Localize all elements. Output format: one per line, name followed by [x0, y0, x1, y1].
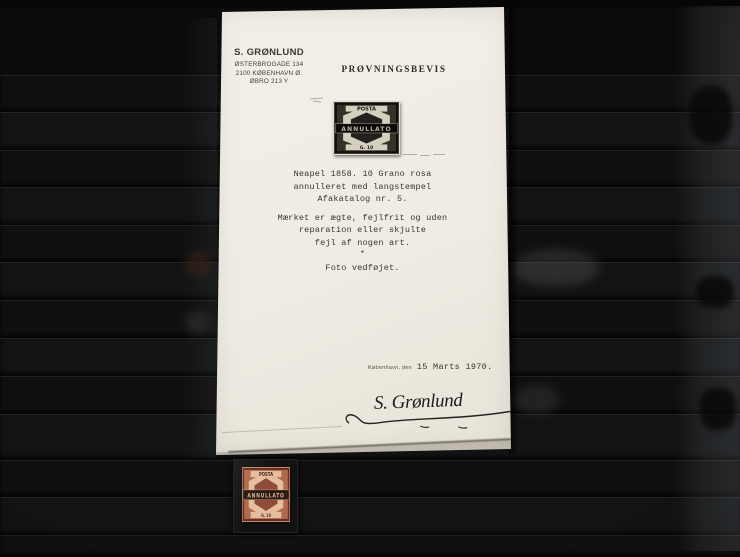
photo-top-edge: [0, 0, 740, 8]
dateline: København, den 15 Marts 1970.: [368, 362, 492, 372]
gray-patch: [185, 311, 211, 333]
dark-smudge: [696, 276, 734, 308]
right-edge-sheen: [676, 6, 740, 551]
address-line: ØSTERBROGADE 134: [224, 61, 314, 70]
certificate-body: Neapel 1858. 10 Grano rosa annulleret me…: [210, 168, 515, 275]
cancel-text: ANNULLATO: [341, 126, 391, 133]
expert-name: S. GRØNLUND: [224, 47, 314, 58]
stamp-mount: POSTA G. 10 ANNULLATO: [233, 459, 298, 533]
pencil-mark: [403, 154, 417, 155]
naples-stamp: POSTA G. 10 ANNULLATO: [242, 467, 290, 522]
date-typed: 15 Marts 1970.: [417, 362, 493, 372]
body-line: reparation eller skjulte: [210, 224, 515, 237]
brown-smudge: [185, 251, 212, 278]
body-line: Afakatalog nr. 5.: [210, 193, 515, 206]
pocket-strip: [0, 535, 740, 557]
stamp-artwork: POSTA G. 10 ANNULLATO: [242, 467, 290, 522]
separator-star: *: [210, 249, 515, 260]
left-strip-sheen: [183, 18, 217, 458]
address-line: ØBRO 213 Y: [224, 78, 314, 87]
address-line: 2100 KØBENHAVN Ø.: [224, 70, 314, 79]
stamp-bottom-text: G. 10: [261, 512, 271, 518]
certificate-title: PRØVNINGSBEVIS: [338, 64, 450, 74]
dark-smudge: [690, 86, 732, 144]
body-line: fejl af nogen art.: [210, 237, 515, 250]
certificate: S. GRØNLUND ØSTERBROGADE 134 2100 KØBENH…: [210, 5, 515, 457]
flourish-tick: [421, 426, 429, 428]
body-line: annulleret med langstempel: [210, 181, 515, 194]
stamp-bottom-text: G. 10: [360, 145, 373, 151]
signature: S. Grønlund: [338, 377, 520, 433]
pencil-mark: [420, 155, 430, 156]
place-printed: København, den: [368, 365, 412, 371]
stamp-top-text: POSTA: [259, 471, 273, 478]
stamp-photo: POSTA G. 10 ANNULLATO: [333, 101, 400, 155]
letterhead: S. GRØNLUND ØSTERBROGADE 134 2100 KØBENH…: [224, 47, 314, 87]
gloss-reflection: [514, 385, 560, 415]
body-line: Neapel 1858. 10 Grano rosa: [210, 168, 515, 181]
flourish-tick: [459, 427, 467, 429]
body-line: Mærket er ægte, fejlfrit og uden: [210, 212, 515, 225]
stockbook-page-photo: S. GRØNLUND ØSTERBROGADE 134 2100 KØBENH…: [0, 0, 740, 557]
letterhead-address: ØSTERBROGADE 134 2100 KØBENHAVN Ø. ØBRO …: [224, 61, 314, 87]
pencil-mark: [433, 154, 445, 155]
stamp-top-text: POSTA: [357, 107, 376, 113]
body-line: Foto vedføjet.: [210, 262, 515, 275]
pocket-strip: [0, 497, 740, 535]
stamp-artwork: POSTA G. 10 ANNULLATO: [334, 102, 399, 154]
dark-smudge: [700, 388, 736, 430]
signature-text: S. Grønlund: [374, 390, 464, 414]
paper-shadow: [509, 6, 518, 454]
cancel-text: ANNULLATO: [247, 493, 284, 500]
gloss-reflection: [512, 250, 600, 286]
pocket-strip: [0, 460, 740, 497]
